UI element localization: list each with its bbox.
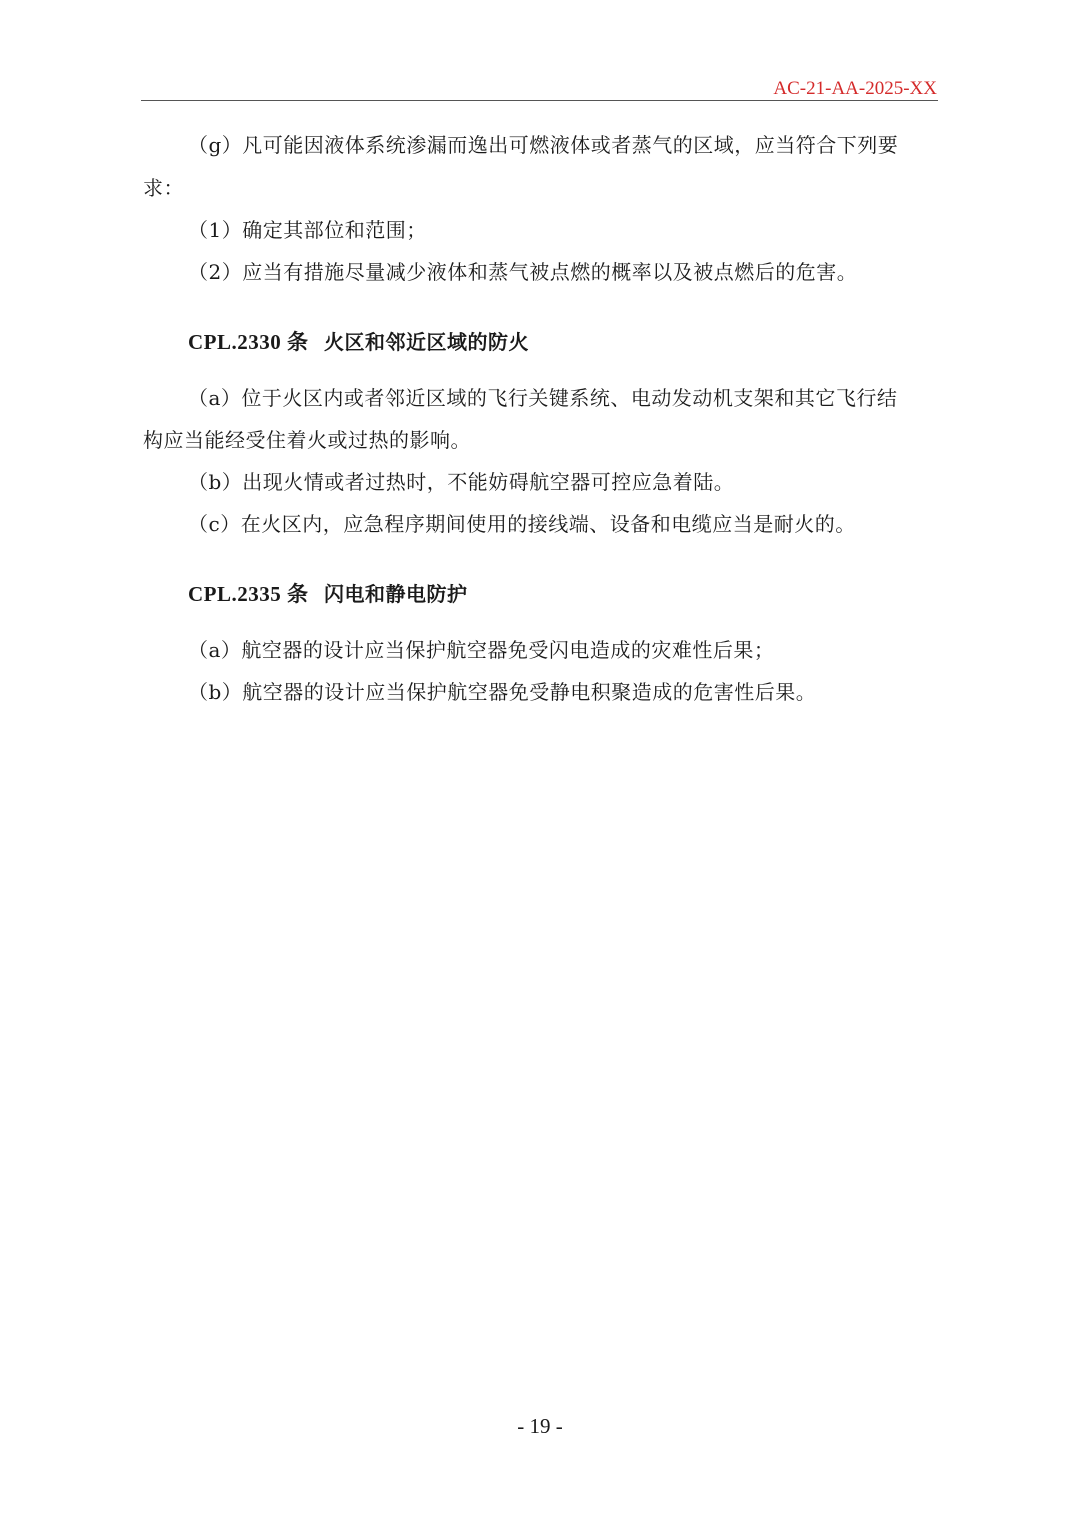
paragraph-line: （c）在火区内，应急程序期间使用的接线端、设备和电缆应当是耐火的。 bbox=[188, 510, 856, 538]
section-title: 火区和邻近区域的防火 bbox=[324, 330, 529, 354]
section-code: CPL.2330 条 bbox=[188, 330, 309, 354]
paragraph-line: （b）航空器的设计应当保护航空器免受静电积聚造成的危害性后果。 bbox=[188, 678, 816, 706]
document-code: AC-21-AA-2025-XX bbox=[773, 78, 937, 100]
page-number: - 19 - bbox=[0, 1414, 1080, 1439]
header-divider bbox=[141, 100, 938, 101]
paragraph-line: （b）出现火情或者过热时，不能妨碍航空器可控应急着陆。 bbox=[188, 468, 734, 496]
paragraph-line: 构应当能经受住着火或过热的影响。 bbox=[143, 426, 471, 454]
section-title: 闪电和静电防护 bbox=[324, 582, 468, 606]
paragraph-line: 求： bbox=[143, 174, 184, 202]
paragraph-line: （a）位于火区内或者邻近区域的飞行关键系统、电动发动机支架和其它飞行结 bbox=[188, 384, 897, 412]
section-heading-cpl2335: CPL.2335 条 闪电和静电防护 bbox=[188, 580, 467, 608]
paragraph-line: （2）应当有措施尽量减少液体和蒸气被点燃的概率以及被点燃后的危害。 bbox=[188, 258, 857, 286]
paragraph-line: （g）凡可能因液体系统渗漏而逸出可燃液体或者蒸气的区域，应当符合下列要 bbox=[188, 131, 898, 159]
paragraph-line: （a）航空器的设计应当保护航空器免受闪电造成的灾难性后果； bbox=[188, 636, 774, 664]
section-heading-cpl2330: CPL.2330 条 火区和邻近区域的防火 bbox=[188, 328, 529, 356]
section-code: CPL.2335 条 bbox=[188, 582, 309, 606]
paragraph-line: （1）确定其部位和范围； bbox=[188, 216, 427, 244]
